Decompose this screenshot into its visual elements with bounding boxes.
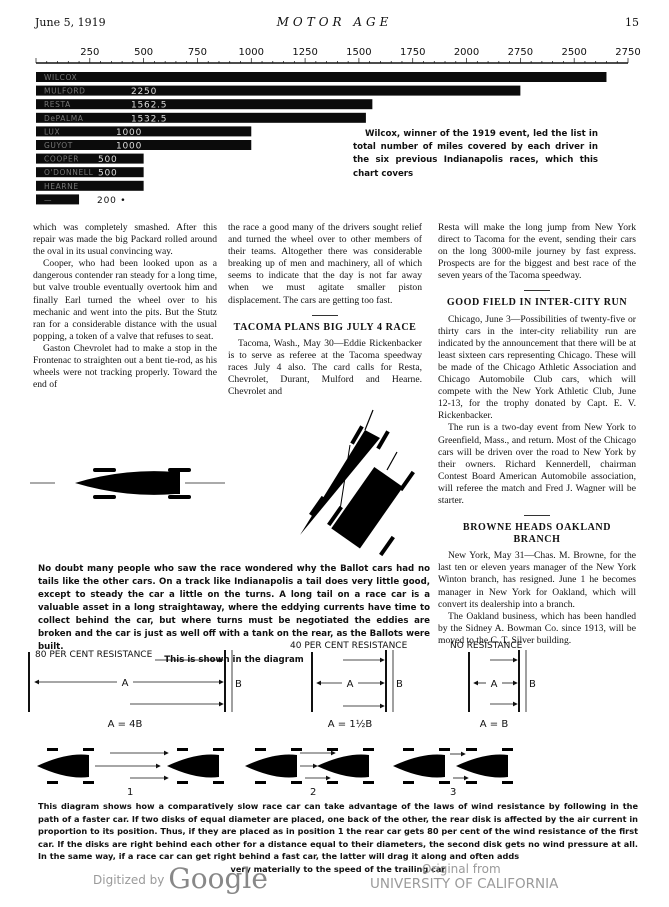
svg-text:2000: 2000 [454, 47, 479, 58]
chart-caption: Wilcox, winner of the 1919 event, led th… [353, 128, 598, 181]
svg-text:A = B: A = B [480, 719, 509, 730]
svg-text:750: 750 [188, 47, 207, 58]
svg-text:500: 500 [98, 169, 118, 179]
svg-text:3: 3 [450, 787, 456, 798]
svg-text:1000: 1000 [116, 128, 142, 138]
svg-text:A = 4B: A = 4B [108, 719, 143, 730]
article-paragraph: Chicago, June 3—Possibilities of twenty-… [438, 314, 636, 423]
svg-text:80 PER CENT RESISTANCE: 80 PER CENT RESISTANCE [35, 650, 153, 660]
svg-text:1: 1 [127, 787, 133, 798]
article-paragraph: the race a good many of the drivers soug… [228, 222, 422, 307]
divider [524, 515, 550, 516]
svg-text:RESTA: RESTA [44, 100, 71, 109]
publication-title: MOTOR AGE [0, 15, 669, 29]
article-paragraph: which was completely smashed. After this… [33, 222, 217, 258]
digitized-by-google-watermark: Digitized byGoogle [93, 862, 268, 895]
svg-text:—: — [44, 195, 52, 204]
article-paragraph: Gaston Chevrolet had to make a stop in t… [33, 343, 217, 391]
svg-text:40 PER CENT RESISTANCE: 40 PER CENT RESISTANCE [290, 641, 408, 651]
cars-on-turn-icon [300, 410, 415, 556]
svg-text:B: B [396, 679, 403, 690]
article-paragraph: New York, May 31—Chas. M. Browne, for th… [438, 550, 636, 610]
svg-text:500: 500 [134, 47, 153, 58]
svg-text:B: B [235, 679, 242, 690]
svg-text:A = 1½B: A = 1½B [328, 718, 373, 730]
car-top-view-icon [30, 468, 225, 499]
article-paragraph: Tacoma, Wash., May 30—Eddie Rickenbacker… [228, 338, 422, 398]
svg-text:1000: 1000 [116, 142, 142, 152]
svg-text:A: A [347, 679, 354, 690]
svg-text:HEARNE: HEARNE [44, 182, 79, 191]
divider [524, 290, 550, 291]
article-column-3: Resta will make the long jump from New Y… [438, 222, 636, 647]
svg-text:1250: 1250 [292, 47, 317, 58]
svg-text:LUX: LUX [44, 127, 60, 136]
headline-intercity: GOOD FIELD IN INTER-CITY RUN [438, 297, 636, 309]
svg-text:1532.5: 1532.5 [131, 114, 167, 124]
svg-text:500: 500 [98, 155, 118, 165]
article-column-2: the race a good many of the drivers soug… [228, 222, 422, 398]
svg-text:COOPER: COOPER [44, 155, 79, 164]
svg-text:A: A [122, 678, 129, 689]
svg-text:2250: 2250 [131, 87, 157, 97]
svg-text:200 •: 200 • [97, 196, 126, 206]
miles-bar-chart: 2505007501000125015001750200027502500275… [30, 40, 650, 210]
svg-text:A: A [491, 679, 498, 690]
svg-text:O'DONNELL: O'DONNELL [44, 168, 94, 177]
svg-text:1500: 1500 [346, 47, 371, 58]
google-logo: Google [168, 862, 268, 895]
svg-text:MULFORD: MULFORD [44, 87, 86, 96]
wind-resistance-diagram: B80 PER CENT RESISTANCEAA = 4BB40 PER CE… [25, 640, 645, 800]
article-paragraph: The run is a two-day event from New York… [438, 422, 636, 507]
svg-text:2750: 2750 [615, 47, 640, 58]
svg-text:2750: 2750 [508, 47, 533, 58]
article-column-1: which was completely smashed. After this… [33, 222, 217, 391]
headline-browne: BROWNE HEADS OAKLAND BRANCH [438, 522, 636, 546]
svg-text:1750: 1750 [400, 47, 425, 58]
svg-text:2500: 2500 [561, 47, 586, 58]
svg-text:GUYOT: GUYOT [44, 141, 73, 150]
svg-text:WILCOX: WILCOX [44, 73, 77, 82]
svg-text:2: 2 [310, 787, 316, 798]
svg-text:DePALMA: DePALMA [44, 114, 84, 123]
headline-tacoma: TACOMA PLANS BIG JULY 4 RACE [228, 322, 422, 334]
svg-text:B: B [529, 679, 536, 690]
svg-text:1000: 1000 [239, 47, 264, 58]
svg-text:250: 250 [80, 47, 99, 58]
article-paragraph: Cooper, who had been looked upon as a da… [33, 258, 217, 343]
original-from-watermark: Original from UNIVERSITY OF CALIFORNIA [370, 862, 558, 892]
svg-text:NO RESISTANCE: NO RESISTANCE [450, 641, 523, 651]
ballot-car-illustration [25, 400, 435, 560]
page-number: 15 [625, 16, 639, 29]
divider [312, 315, 338, 316]
article-paragraph: Resta will make the long jump from New Y… [438, 222, 636, 282]
svg-text:1562.5: 1562.5 [131, 101, 167, 111]
